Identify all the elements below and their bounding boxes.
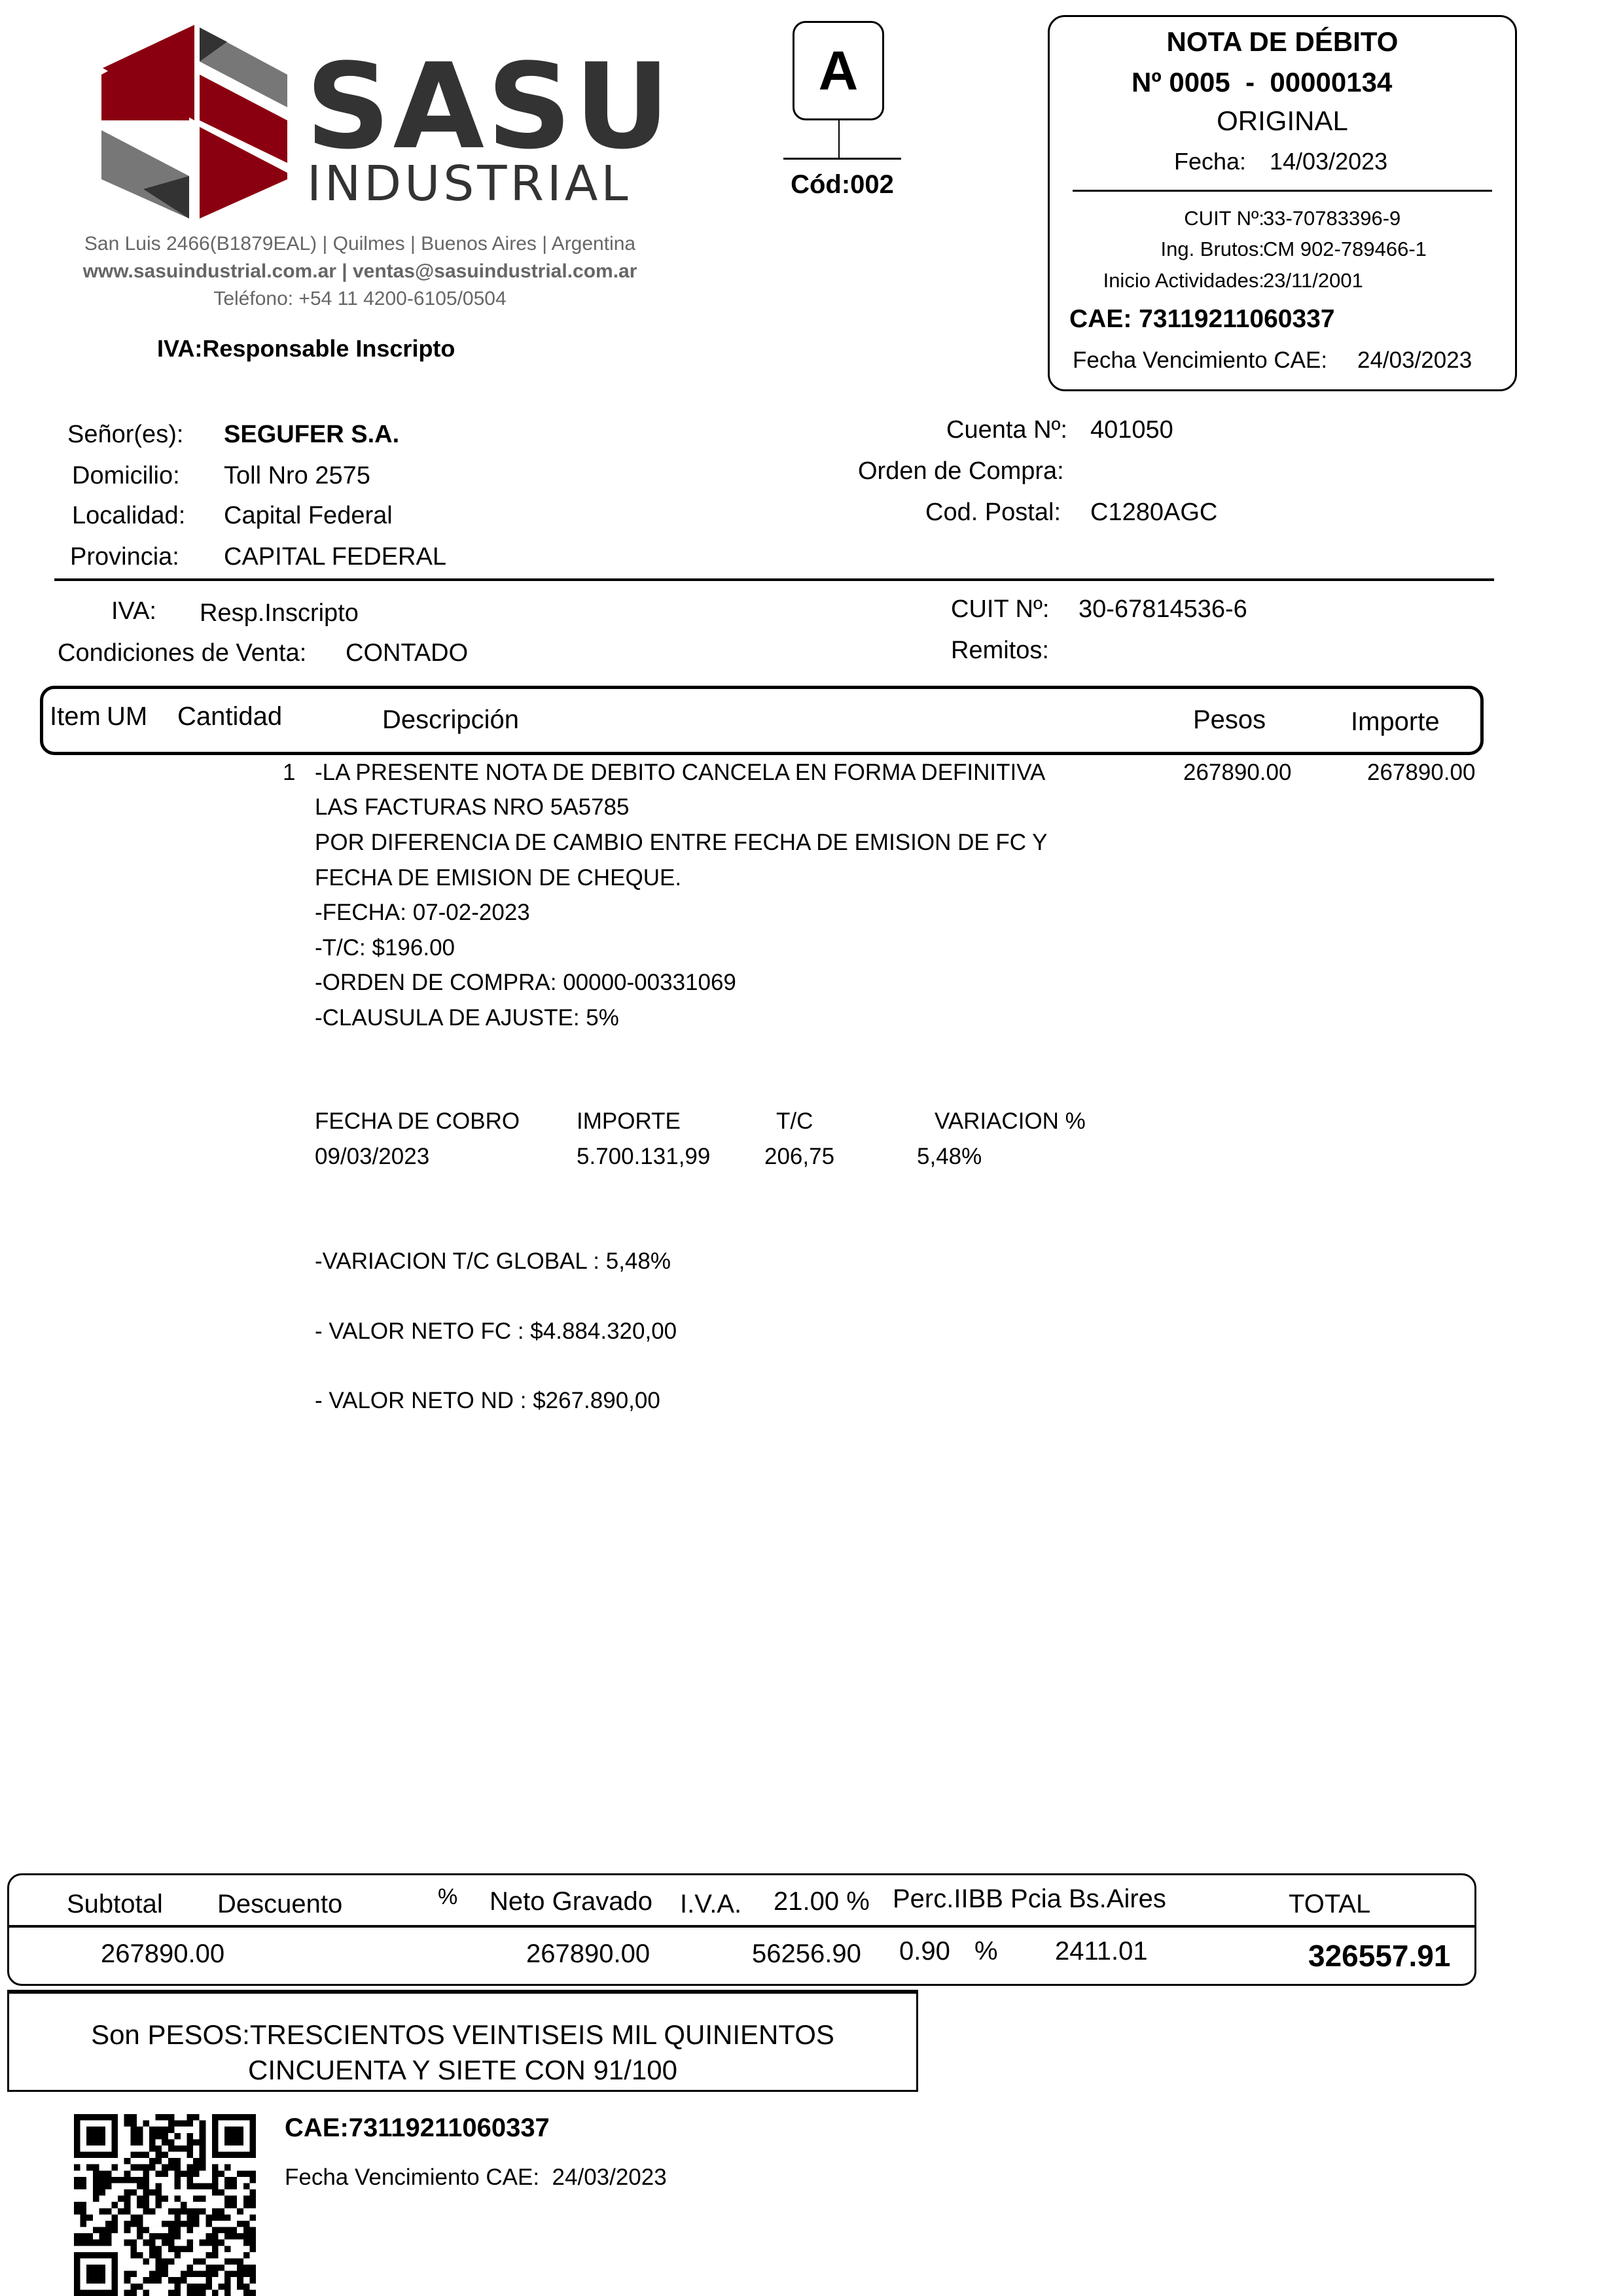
cuit-value: 33-70783396-9: [1263, 207, 1400, 230]
desc-line: -LA PRESENTE NOTA DE DEBITO CANCELA EN F…: [315, 760, 1045, 786]
descuento-label: Descuento: [217, 1890, 342, 1919]
cae-vto-value: 24/03/2023: [1357, 347, 1472, 374]
doc-code: Cód:002: [783, 170, 901, 200]
fecha-label: Fecha:: [1174, 148, 1246, 175]
sub-value: 5,48%: [917, 1144, 982, 1170]
subtotal-label: Subtotal: [67, 1890, 163, 1919]
neto-gravado-value: 267890.00: [526, 1939, 650, 1969]
divider: [1073, 190, 1492, 192]
client-address: Toll Nro 2575: [224, 462, 370, 490]
row-importe: 267890.00: [1367, 760, 1475, 786]
orden-compra-label: Orden de Compra:: [858, 457, 1064, 486]
doc-letter-box: A: [793, 21, 884, 120]
neto-gravado-label: Neto Gravado: [490, 1887, 652, 1916]
issuer-web-email: www.sasuindustrial.com.ar | ventas@sasui…: [65, 260, 654, 283]
desc-line: -T/C: $196.00: [315, 935, 455, 961]
subtotal-value: 267890.00: [101, 1939, 224, 1969]
ingresos-brutos-value: CM 902-789466-1: [1263, 238, 1427, 261]
doc-copy: ORIGINAL: [1050, 105, 1515, 137]
cuit-label: CUIT Nº:: [1184, 207, 1264, 230]
desc-line: LAS FACTURAS NRO 5A5785: [315, 794, 629, 821]
client-localidad: Capital Federal: [224, 502, 393, 530]
sub-header: VARIACION %: [935, 1108, 1086, 1135]
issuer-phone: Teléfono: +54 11 4200-6105/0504: [65, 288, 654, 310]
col-descripcion: Descripción: [382, 705, 519, 735]
inicio-actividades-value: 23/11/2001: [1263, 269, 1363, 292]
client-cuit-value: 30-67814536-6: [1079, 595, 1247, 624]
doc-title: NOTA DE DÉBITO: [1050, 26, 1515, 58]
hexagon-s-logo-icon: [96, 22, 293, 225]
doc-letter: A: [819, 39, 859, 103]
condiciones-venta-label: Condiciones de Venta:: [58, 639, 306, 667]
issuer-iva: IVA:Responsable Inscripto: [157, 335, 455, 362]
localidad-label: Localidad:: [72, 502, 185, 530]
doc-number: Nº 0005 - 00000134: [1132, 67, 1392, 98]
row-cantidad: 1: [283, 760, 295, 786]
note-line: - VALOR NETO ND : $267.890,00: [315, 1388, 660, 1414]
sub-header: FECHA DE COBRO: [315, 1108, 520, 1135]
col-importe: Importe: [1351, 707, 1440, 737]
perc-pct: %: [974, 1937, 998, 1966]
row-pesos: 267890.00: [1183, 760, 1291, 786]
desc-line: POR DIFERENCIA DE CAMBIO ENTRE FECHA DE …: [315, 830, 1048, 856]
condiciones-venta-value: CONTADO: [346, 639, 468, 667]
desc-line: FECHA DE EMISION DE CHEQUE.: [315, 865, 681, 891]
issuer-address: San Luis 2466(B1879EAL) | Quilmes | Buen…: [65, 233, 654, 255]
note-line: - VALOR NETO FC : $4.884.320,00: [315, 1318, 677, 1345]
note-line: -VARIACION T/C GLOBAL : 5,48%: [315, 1248, 671, 1275]
sub-value: 09/03/2023: [315, 1144, 429, 1170]
company-logo: SASU INDUSTRIAL: [96, 22, 607, 225]
divider: [783, 158, 901, 160]
client-iva-value: Resp.Inscripto: [200, 599, 359, 627]
divider: [9, 1925, 1474, 1928]
iva-rate-label: 21.00 %: [774, 1887, 870, 1916]
footer-cae-vto: Fecha Vencimiento CAE: 24/03/2023: [285, 2164, 667, 2191]
col-um: UM: [107, 702, 147, 732]
col-item: Item: [50, 702, 101, 732]
domicilio-label: Domicilio:: [72, 462, 180, 490]
perc-iibb-value: 2411.01: [1055, 1937, 1148, 1966]
logo-subtitle: INDUSTRIAL: [307, 160, 632, 208]
desc-line: -FECHA: 07-02-2023: [315, 900, 530, 926]
amount-in-words-line: CINCUENTA Y SIETE CON 91/100: [9, 2053, 916, 2088]
remitos-label: Remitos:: [951, 637, 1049, 665]
ingresos-brutos-label: Ing. Brutos:: [1160, 238, 1264, 261]
cuenta-label: Cuenta Nº:: [946, 416, 1067, 444]
total-value: 326557.91: [1308, 1938, 1450, 1973]
iva-label: I.V.A.: [680, 1890, 741, 1919]
cae-vto-label: Fecha Vencimiento CAE:: [1073, 347, 1327, 374]
amount-in-words-box: Son PESOS:TRESCIENTOS VEINTISEIS MIL QUI…: [7, 1990, 918, 2092]
total-label: TOTAL: [1289, 1890, 1370, 1919]
perc-rate-value: 0.90: [899, 1937, 950, 1966]
descuento-pct-label: %: [438, 1884, 457, 1910]
sub-header: T/C: [776, 1108, 813, 1135]
inicio-actividades-label: Inicio Actividades:: [1103, 269, 1264, 292]
client-iva-label: IVA:: [111, 597, 156, 626]
senores-label: Señor(es):: [67, 421, 183, 449]
perc-iibb-label: Perc.IIBB Pcia Bs.Aires: [893, 1884, 1166, 1914]
divider: [838, 120, 840, 158]
cod-postal-value: C1280AGC: [1090, 499, 1217, 527]
sub-header: IMPORTE: [577, 1108, 681, 1135]
desc-line: -CLAUSULA DE AJUSTE: 5%: [315, 1005, 619, 1031]
cae-number: CAE: 73119211060337: [1069, 305, 1335, 334]
sub-value: 5.700.131,99: [577, 1144, 710, 1170]
client-name: SEGUFER S.A.: [224, 421, 399, 449]
provincia-label: Provincia:: [70, 543, 179, 571]
totals-box: Subtotal Descuento % Neto Gravado I.V.A.…: [7, 1873, 1476, 1986]
logo-name: SASU: [306, 48, 673, 166]
col-pesos: Pesos: [1193, 705, 1266, 735]
cod-postal-label: Cod. Postal:: [925, 499, 1061, 527]
footer-cae: CAE:73119211060337: [285, 2113, 550, 2143]
sub-value: 206,75: [764, 1144, 834, 1170]
fecha-value: 14/03/2023: [1270, 148, 1387, 175]
document-header-box: NOTA DE DÉBITO Nº 0005 - 00000134 ORIGIN…: [1048, 15, 1517, 391]
col-cantidad: Cantidad: [177, 702, 282, 732]
amount-in-words-line: Son PESOS:TRESCIENTOS VEINTISEIS MIL QUI…: [9, 2017, 916, 2053]
client-cuit-label: CUIT Nº:: [951, 595, 1049, 624]
desc-line: -ORDEN DE COMPRA: 00000-00331069: [315, 970, 736, 996]
cuenta-value: 401050: [1090, 416, 1173, 444]
iva-value: 56256.90: [752, 1939, 861, 1969]
divider: [54, 578, 1494, 581]
qr-code-icon: [74, 2114, 256, 2296]
items-table-header: Item UM Cantidad Descripción Pesos Impor…: [40, 686, 1484, 755]
client-provincia: CAPITAL FEDERAL: [224, 543, 446, 571]
